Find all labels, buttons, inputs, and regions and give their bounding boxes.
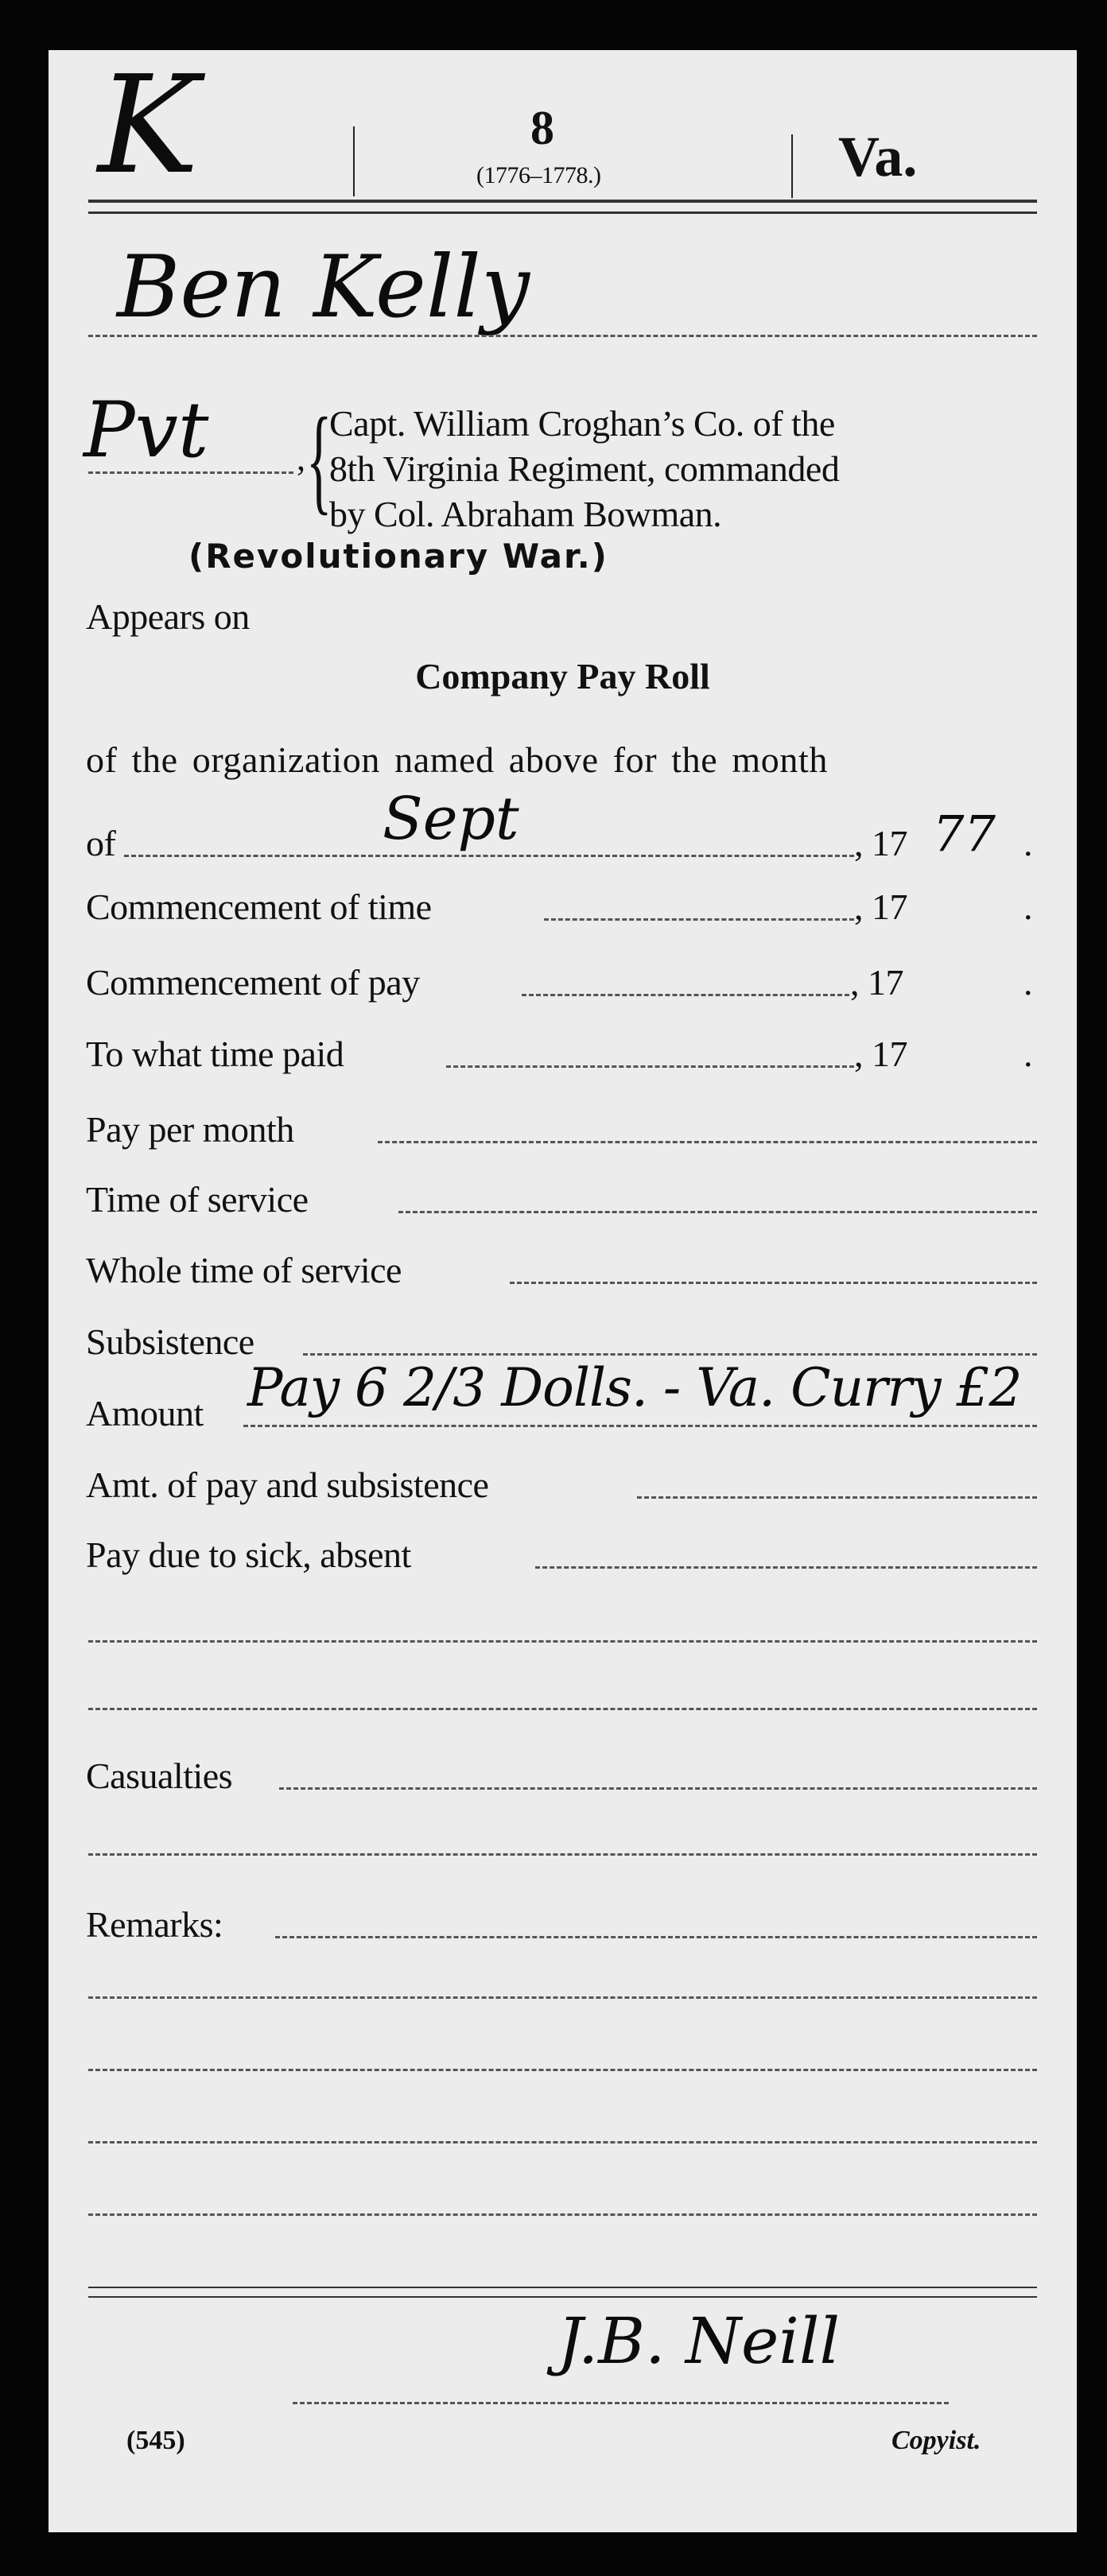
footer-rule-top (88, 2287, 1037, 2288)
remarks-line[interactable] (275, 1936, 1037, 1938)
soldier-name: Ben Kelly (117, 245, 530, 331)
header-rule-top (88, 200, 1037, 203)
remarks-label: Remarks: (86, 1907, 223, 1943)
commencement-time-year: , 17 (854, 889, 907, 925)
remarks-line-2[interactable] (88, 1996, 1037, 1999)
commencement-pay-line[interactable] (522, 994, 849, 996)
header-divider-right (791, 134, 793, 198)
pay-due-sick-line-2[interactable] (88, 1640, 1037, 1643)
amount-line (243, 1425, 1037, 1427)
month-year-prefix: , 17 (854, 825, 907, 862)
commencement-pay-year: , 17 (850, 964, 903, 1001)
month-label: of (86, 825, 115, 862)
pay-due-sick-line-3[interactable] (88, 1708, 1037, 1710)
paid-to-line[interactable] (446, 1065, 854, 1068)
organization-line-1: Capt. William Croghan’s Co. of the (329, 405, 835, 442)
commencement-time-end: . (1023, 889, 1032, 925)
form-number: (545) (126, 2427, 185, 2454)
service-record-card: K 8 (1776–1778.) Va. Ben Kelly Pvt , { C… (49, 50, 1077, 2532)
pay-per-month-label: Pay per month (86, 1111, 294, 1148)
organization-line-3: by Col. Abraham Bowman. (329, 496, 721, 533)
roll-intro: of the organization named above for the … (86, 742, 828, 778)
month-end: . (1023, 825, 1032, 862)
footer-rule-bottom (88, 2296, 1037, 2298)
pay-due-sick-label: Pay due to sick, absent (86, 1537, 411, 1573)
casualties-label: Casualties (86, 1758, 232, 1794)
paid-to-end: . (1023, 1036, 1032, 1073)
copyist-label: Copyist. (891, 2427, 981, 2454)
month-year-suffix[interactable]: 77 (933, 809, 996, 859)
subsistence-line[interactable] (303, 1353, 1037, 1356)
amt-pay-subsistence-line[interactable] (637, 1496, 1037, 1499)
remarks-line-5[interactable] (88, 2213, 1037, 2216)
month-line (124, 855, 854, 857)
amount-value[interactable]: Pay 6 2/3 Dolls. - Va. Curry £2 (247, 1362, 1021, 1414)
header-rule-bottom (88, 211, 1037, 214)
time-of-service-line[interactable] (398, 1211, 1037, 1213)
amount-label: Amount (86, 1395, 204, 1432)
regiment-number: 8 (530, 104, 554, 152)
amt-pay-subsistence-label: Amt. of pay and subsistence (86, 1467, 488, 1503)
commencement-pay-label: Commencement of pay (86, 964, 420, 1001)
copyist-signature: J.B. Neill (557, 2310, 840, 2373)
pay-due-sick-line[interactable] (535, 1566, 1037, 1569)
pay-per-month-line[interactable] (378, 1141, 1037, 1143)
rank-line (88, 471, 293, 474)
month-value[interactable]: Sept (383, 789, 519, 848)
roll-title: Company Pay Roll (49, 658, 1077, 695)
casualties-line-2[interactable] (88, 1853, 1037, 1856)
organization-brace: { (306, 400, 332, 519)
commencement-pay-end: . (1023, 964, 1032, 1001)
date-range: (1776–1778.) (476, 164, 600, 188)
state-abbrev: Va. (838, 128, 917, 185)
paid-to-year: , 17 (854, 1036, 907, 1073)
subsistence-label: Subsistence (86, 1324, 254, 1360)
commencement-time-label: Commencement of time (86, 889, 432, 925)
rank-comma: , (297, 438, 305, 479)
remarks-line-3[interactable] (88, 2069, 1037, 2071)
signature-line (293, 2402, 949, 2404)
name-line (88, 335, 1037, 337)
organization-line-2: 8th Virginia Regiment, commanded (329, 451, 839, 487)
time-of-service-label: Time of service (86, 1181, 309, 1218)
remarks-line-4[interactable] (88, 2141, 1037, 2143)
header-divider-left (353, 126, 355, 196)
commencement-time-line[interactable] (544, 918, 854, 921)
whole-time-line[interactable] (510, 1282, 1037, 1284)
war-name: (Revolutionary War.) (188, 540, 608, 573)
appears-on: Appears on (86, 599, 250, 635)
initial-letter: K (98, 58, 199, 193)
soldier-rank: Pvt (84, 392, 208, 468)
whole-time-label: Whole time of service (86, 1252, 402, 1289)
casualties-line[interactable] (279, 1787, 1037, 1790)
paid-to-label: To what time paid (86, 1036, 344, 1073)
